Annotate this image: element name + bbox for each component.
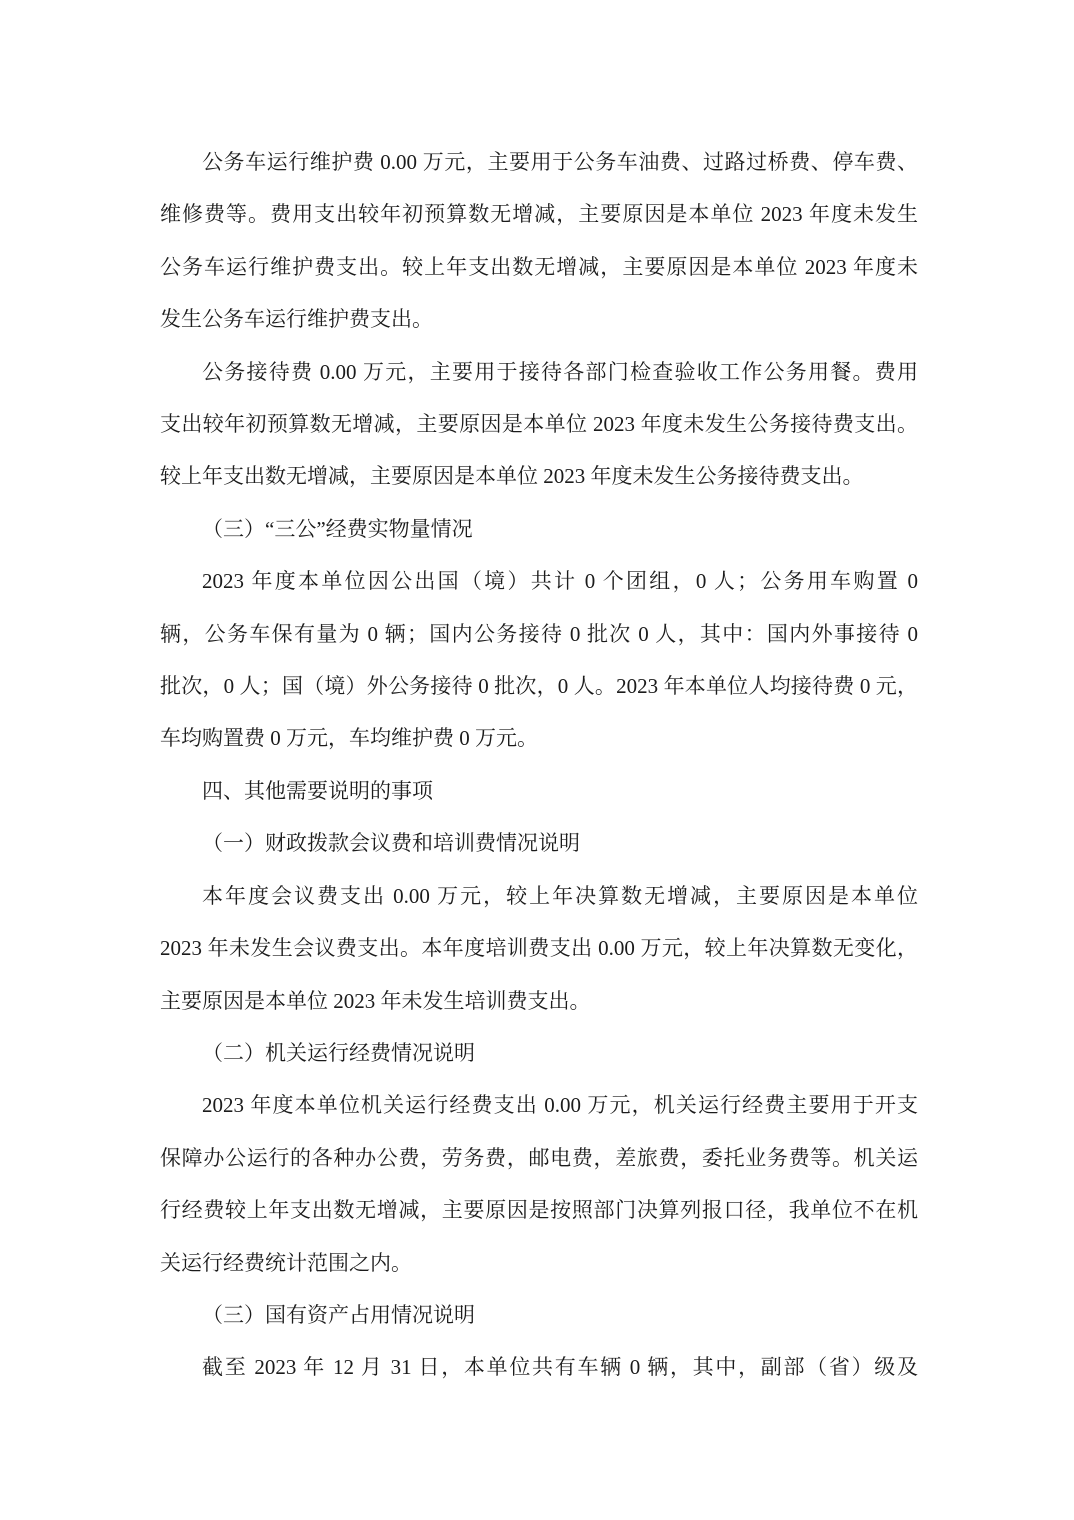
text-line: 2023 年度本单位因公出国（境）共计 0 个团组，0 人；公务用车购置 0 xyxy=(160,555,918,607)
heading-line: （一）财政拨款会议费和培训费情况说明 xyxy=(160,817,918,869)
text-line: 公务车运行维护费 0.00 万元，主要用于公务车油费、过路过桥费、停车费、 xyxy=(160,136,918,188)
text-line: 主要原因是本单位 2023 年未发生培训费支出。 xyxy=(160,975,918,1027)
paragraph: 公务接待费 0.00 万元，主要用于接待各部门检查验收工作公务用餐。费用 支出较… xyxy=(160,346,918,503)
heading-line: 四、其他需要说明的事项 xyxy=(160,765,918,817)
text-line: 公务接待费 0.00 万元，主要用于接待各部门检查验收工作公务用餐。费用 xyxy=(160,346,918,398)
text-line: 批次，0 人；国（境）外公务接待 0 批次，0 人。2023 年本单位人均接待费… xyxy=(160,660,918,712)
text-line: 保障办公运行的各种办公费，劳务费，邮电费，差旅费，委托业务费等。机关运 xyxy=(160,1132,918,1184)
text-line: 发生公务车运行维护费支出。 xyxy=(160,293,918,345)
text-line: 本年度会议费支出 0.00 万元，较上年决算数无增减，主要原因是本单位 xyxy=(160,870,918,922)
heading-line: （三）国有资产占用情况说明 xyxy=(160,1289,918,1341)
section-heading: （一）财政拨款会议费和培训费情况说明 xyxy=(160,817,918,869)
document-page: 公务车运行维护费 0.00 万元，主要用于公务车油费、过路过桥费、停车费、 维修… xyxy=(0,0,1074,1520)
text-line: 维修费等。费用支出较年初预算数无增减，主要原因是本单位 2023 年度未发生 xyxy=(160,188,918,240)
text-line: 行经费较上年支出数无增减，主要原因是按照部门决算列报口径，我单位不在机 xyxy=(160,1184,918,1236)
text-line: 公务车运行维护费支出。较上年支出数无增减，主要原因是本单位 2023 年度未 xyxy=(160,241,918,293)
paragraph: 本年度会议费支出 0.00 万元，较上年决算数无增减，主要原因是本单位 2023… xyxy=(160,870,918,1027)
text-line: 截至 2023 年 12 月 31 日，本单位共有车辆 0 辆，其中，副部（省）… xyxy=(160,1341,918,1393)
text-line: 支出较年初预算数无增减，主要原因是本单位 2023 年度未发生公务接待费支出。 xyxy=(160,398,918,450)
text-line: 2023 年未发生会议费支出。本年度培训费支出 0.00 万元，较上年决算数无变… xyxy=(160,922,918,974)
text-line: 车均购置费 0 万元，车均维护费 0 万元。 xyxy=(160,712,918,764)
text-line: 2023 年度本单位机关运行经费支出 0.00 万元，机关运行经费主要用于开支 xyxy=(160,1079,918,1131)
document-body: 公务车运行维护费 0.00 万元，主要用于公务车油费、过路过桥费、停车费、 维修… xyxy=(160,136,918,1394)
section-heading: （三）“三公”经费实物量情况 xyxy=(160,503,918,555)
text-line: 辆，公务车保有量为 0 辆；国内公务接待 0 批次 0 人，其中：国内外事接待 … xyxy=(160,608,918,660)
paragraph: 公务车运行维护费 0.00 万元，主要用于公务车油费、过路过桥费、停车费、 维修… xyxy=(160,136,918,346)
section-heading: （二）机关运行经费情况说明 xyxy=(160,1027,918,1079)
text-line: 较上年支出数无增减，主要原因是本单位 2023 年度未发生公务接待费支出。 xyxy=(160,450,918,502)
paragraph: 2023 年度本单位因公出国（境）共计 0 个团组，0 人；公务用车购置 0 辆… xyxy=(160,555,918,765)
section-heading: （三）国有资产占用情况说明 xyxy=(160,1289,918,1341)
heading-line: （三）“三公”经费实物量情况 xyxy=(160,503,918,555)
paragraph: 截至 2023 年 12 月 31 日，本单位共有车辆 0 辆，其中，副部（省）… xyxy=(160,1341,918,1393)
text-line: 关运行经费统计范围之内。 xyxy=(160,1237,918,1289)
heading-line: （二）机关运行经费情况说明 xyxy=(160,1027,918,1079)
section-heading: 四、其他需要说明的事项 xyxy=(160,765,918,817)
paragraph: 2023 年度本单位机关运行经费支出 0.00 万元，机关运行经费主要用于开支 … xyxy=(160,1079,918,1289)
